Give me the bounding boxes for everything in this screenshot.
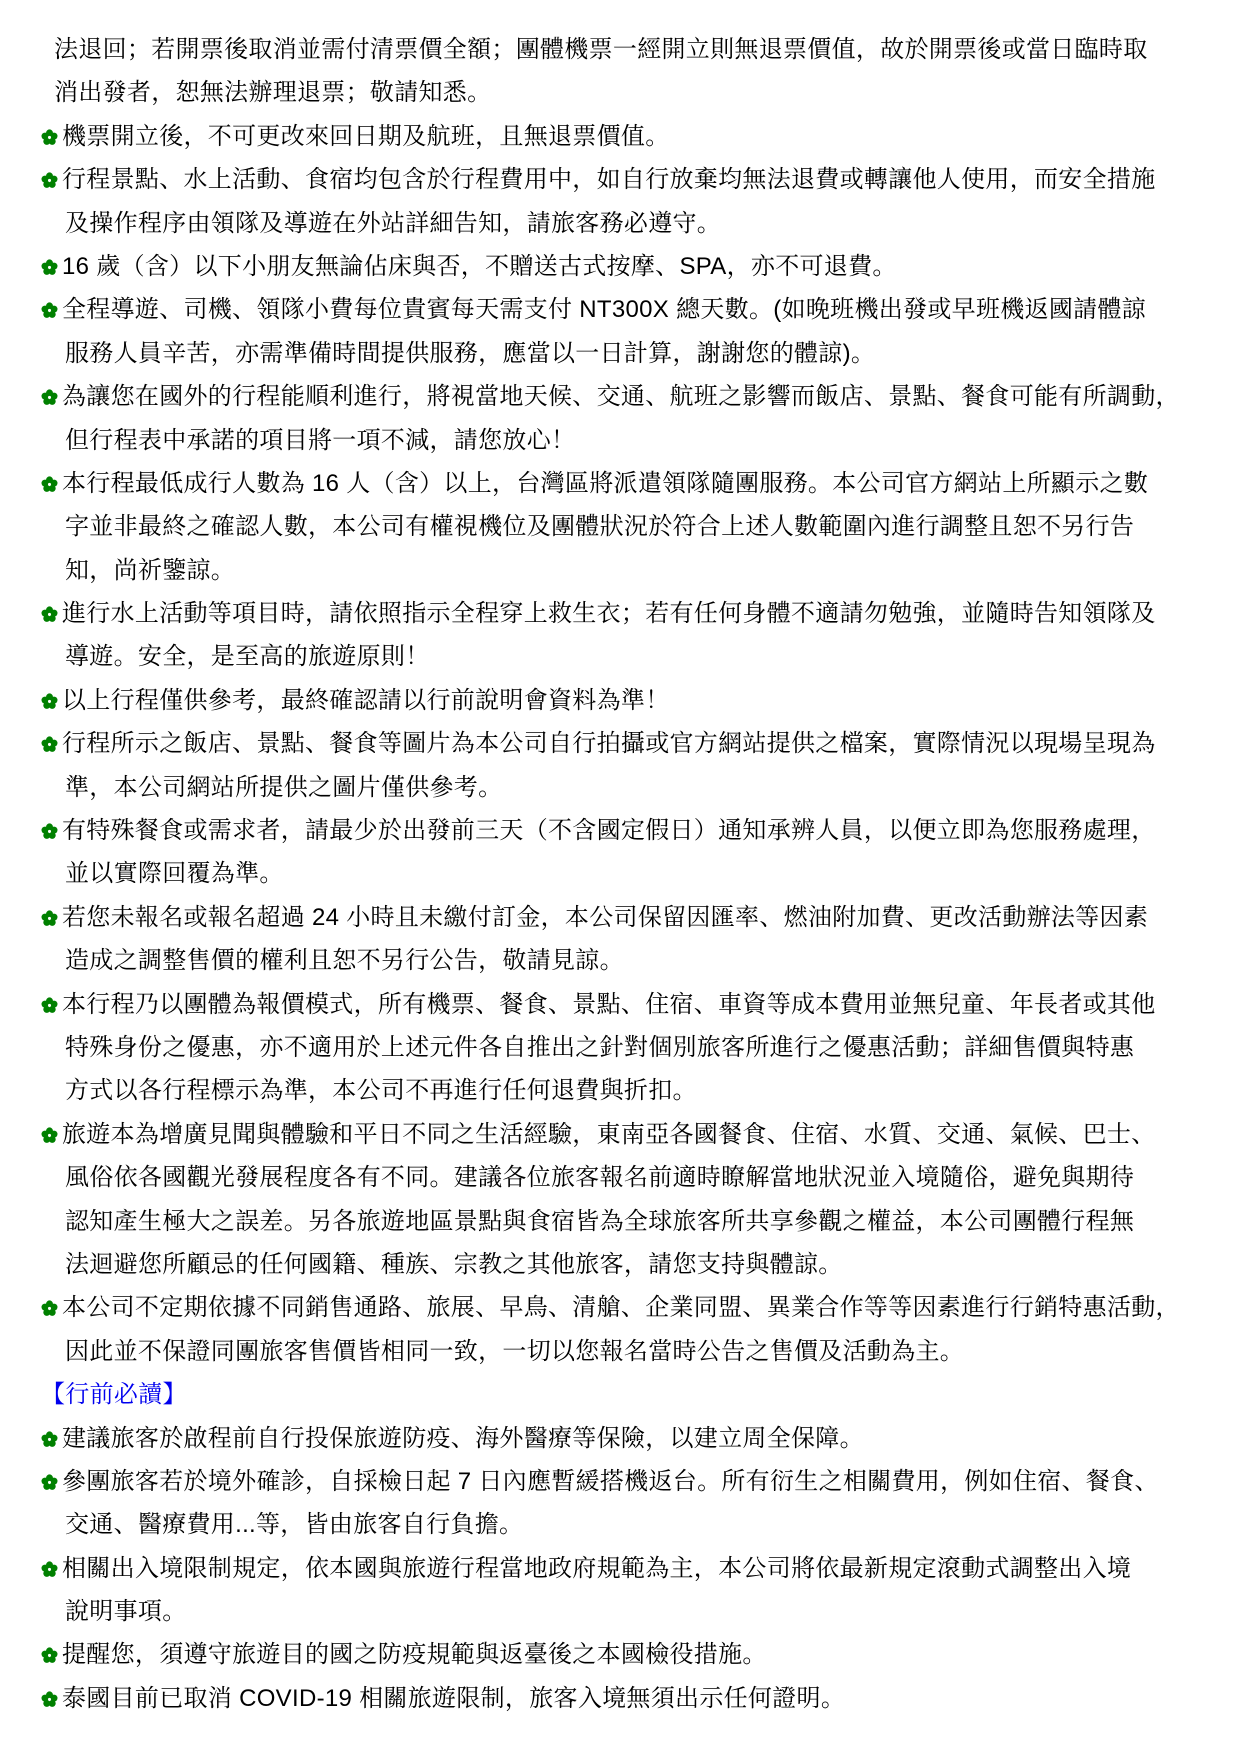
text-line: 相關出入境限制規定，依本國與旅遊行程當地政府規範為主，本公司將依最新規定滾動式調…: [0, 1547, 1241, 1590]
line-text: 及操作程序由領隊及導遊在外站詳細告知，請旅客務必遵守。: [65, 210, 721, 237]
heading-line: 【行前必讀】: [0, 1373, 1241, 1416]
line-text: 行程所示之飯店、景點、餐食等圖片為本公司自行拍攝或官方網站提供之檔案，實際情況以…: [62, 730, 1156, 757]
line-text: 建議旅客於啟程前自行投保旅遊防疫、海外醫療等保險，以建立周全保障。: [62, 1425, 864, 1452]
text-line: 準，本公司網站所提供之圖片僅供參考。: [0, 766, 1241, 809]
flower-bullet-icon: [41, 594, 62, 637]
line-text: 風俗依各國觀光發展程度各有不同。建議各位旅客報名前適時瞭解當地狀況並入境隨俗，避…: [65, 1164, 1134, 1191]
terms-bullet-item: 旅遊本為增廣見聞與體驗和平日不同之生活經驗，東南亞各國餐食、住宿、水質、交通、氣…: [0, 1113, 1241, 1287]
text-line: 交通、醫療費用...等，皆由旅客自行負擔。: [0, 1503, 1241, 1546]
flower-bullet-icon: [41, 1288, 62, 1331]
line-text: 造成之調整售價的權利且恕不另行公告，敬請見諒。: [65, 947, 624, 974]
text-line: 方式以各行程標示為準，本公司不再進行任何退費與折扣。: [0, 1069, 1241, 1112]
terms-bullet-item: 以上行程僅供參考，最終確認請以行前說明會資料為準！: [0, 679, 1241, 722]
line-text: 本行程乃以團體為報價模式，所有機票、餐食、景點、住宿、車資等成本費用並無兒童、年…: [62, 991, 1156, 1018]
text-line: 服務人員辛苦，亦需準備時間提供服務，應當以一日計算，謝謝您的體諒)。: [0, 332, 1241, 375]
flower-bullet-icon: [41, 247, 62, 290]
text-line: 以上行程僅供參考，最終確認請以行前說明會資料為準！: [0, 679, 1241, 722]
flower-bullet-icon: [41, 377, 62, 420]
text-line: 16 歲（含）以下小朋友無論佔床與否，不贈送古式按摩、SPA，亦不可退費。: [0, 245, 1241, 288]
travel-terms-document: 法退回；若開票後取消並需付清票價全額；團體機票一經開立則無退票價值，故於開票後或…: [0, 0, 1241, 1755]
line-text: 旅遊本為增廣見聞與體驗和平日不同之生活經驗，東南亞各國餐食、住宿、水質、交通、氣…: [62, 1121, 1156, 1148]
text-line: 字並非最終之確認人數，本公司有權視機位及團體狀況於符合上述人數範圍內進行調整且恕…: [0, 505, 1241, 548]
line-text: 但行程表中承諾的項目將一項不減，請您放心！: [65, 427, 575, 454]
text-line: 本行程最低成行人數為 16 人（含）以上，台灣區將派遣領隊隨團服務。本公司官方網…: [0, 462, 1241, 505]
line-text: 若您未報名或報名超過 24 小時且未繳付訂金，本公司保留因匯率、燃油附加費、更改…: [62, 904, 1148, 931]
text-line: 行程所示之飯店、景點、餐食等圖片為本公司自行拍攝或官方網站提供之檔案，實際情況以…: [0, 722, 1241, 765]
text-line: 法退回；若開票後取消並需付清票價全額；團體機票一經開立則無退票價值，故於開票後或…: [0, 28, 1241, 71]
line-text: 本公司不定期依據不同銷售通路、旅展、早鳥、清艙、企業同盟、異業合作等等因素進行行…: [62, 1294, 1180, 1321]
line-text: 機票開立後，不可更改來回日期及航班，且無退票價值。: [62, 123, 670, 150]
flower-bullet-icon: [41, 1549, 62, 1592]
line-text: 參團旅客若於境外確診，自採檢日起 7 日內應暫緩搭機返台。所有衍生之相關費用，例…: [62, 1468, 1159, 1495]
text-line: 有特殊餐食或需求者，請最少於出發前三天（不含國定假日）通知承辨人員，以便立即為您…: [0, 809, 1241, 852]
terms-bullet-item: 進行水上活動等項目時，請依照指示全程穿上救生衣；若有任何身體不適請勿勉強，並隨時…: [0, 592, 1241, 679]
line-text: 方式以各行程標示為準，本公司不再進行任何退費與折扣。: [65, 1077, 697, 1104]
text-line: 建議旅客於啟程前自行投保旅遊防疫、海外醫療等保險，以建立周全保障。: [0, 1417, 1241, 1460]
line-text: 交通、醫療費用...等，皆由旅客自行負擔。: [65, 1511, 523, 1538]
line-text: 說明事項。: [65, 1598, 187, 1625]
terms-bullet-item: 為讓您在國外的行程能順利進行，將視當地天候、交通、航班之影響而飯店、景點、餐食可…: [0, 375, 1241, 462]
flower-bullet-icon: [41, 1419, 62, 1462]
text-line: 法迴避您所顧忌的任何國籍、種族、宗教之其他旅客，請您支持與體諒。: [0, 1243, 1241, 1286]
line-text: 因此並不保證同團旅客售價皆相同一致，一切以您報名當時公告之售價及活動為主。: [65, 1338, 964, 1365]
terms-bullet-item: 若您未報名或報名超過 24 小時且未繳付訂金，本公司保留因匯率、燃油附加費、更改…: [0, 896, 1241, 983]
line-text: 字並非最終之確認人數，本公司有權視機位及團體狀況於符合上述人數範圍內進行調整且恕…: [65, 513, 1134, 540]
terms-bullet-item: 行程所示之飯店、景點、餐食等圖片為本公司自行拍攝或官方網站提供之檔案，實際情況以…: [0, 722, 1241, 809]
flower-bullet-icon: [41, 117, 62, 160]
text-line: 造成之調整售價的權利且恕不另行公告，敬請見諒。: [0, 939, 1241, 982]
text-line: 因此並不保證同團旅客售價皆相同一致，一切以您報名當時公告之售價及活動為主。: [0, 1330, 1241, 1373]
text-line: 泰國目前已取消 COVID-19 相關旅遊限制，旅客入境無須出示任何證明。: [0, 1677, 1241, 1720]
text-line: 消出發者，恕無法辦理退票；敬請知悉。: [0, 71, 1241, 114]
text-line: 若您未報名或報名超過 24 小時且未繳付訂金，本公司保留因匯率、燃油附加費、更改…: [0, 896, 1241, 939]
terms-bullet-item: 本行程最低成行人數為 16 人（含）以上，台灣區將派遣領隊隨團服務。本公司官方網…: [0, 462, 1241, 592]
text-line: 認知產生極大之誤差。另各旅遊地區景點與食宿皆為全球旅客所共享參觀之權益，本公司團…: [0, 1200, 1241, 1243]
terms-bullet-item: 泰國目前已取消 COVID-19 相關旅遊限制，旅客入境無須出示任何證明。: [0, 1677, 1241, 1720]
line-text: 消出發者，恕無法辦理退票；敬請知悉。: [54, 79, 491, 106]
flower-bullet-icon: [41, 1115, 62, 1158]
terms-bullet-item: 全程導遊、司機、領隊小費每位貴賓每天需支付 NT300X 總天數。(如晚班機出發…: [0, 288, 1241, 375]
text-line: 進行水上活動等項目時，請依照指示全程穿上救生衣；若有任何身體不適請勿勉強，並隨時…: [0, 592, 1241, 635]
terms-bullet-item: 建議旅客於啟程前自行投保旅遊防疫、海外醫療等保險，以建立周全保障。: [0, 1417, 1241, 1460]
text-line: 說明事項。: [0, 1590, 1241, 1633]
text-line: 機票開立後，不可更改來回日期及航班，且無退票價值。: [0, 115, 1241, 158]
text-line: 知，尚祈鑒諒。: [0, 549, 1241, 592]
line-text: 服務人員辛苦，亦需準備時間提供服務，應當以一日計算，謝謝您的體諒)。: [65, 340, 875, 367]
line-text: 並以實際回覆為準。: [65, 860, 284, 887]
text-line: 本公司不定期依據不同銷售通路、旅展、早鳥、清艙、企業同盟、異業合作等等因素進行行…: [0, 1286, 1241, 1329]
line-text: 準，本公司網站所提供之圖片僅供參考。: [65, 774, 502, 801]
flower-bullet-icon: [41, 985, 62, 1028]
flower-bullet-icon: [41, 1635, 62, 1678]
text-line: 為讓您在國外的行程能順利進行，將視當地天候、交通、航班之影響而飯店、景點、餐食可…: [0, 375, 1241, 418]
section-heading: 【行前必讀】: [0, 1373, 1241, 1416]
flower-bullet-icon: [41, 160, 62, 203]
text-line: 及操作程序由領隊及導遊在外站詳細告知，請旅客務必遵守。: [0, 202, 1241, 245]
line-text: 知，尚祈鑒諒。: [65, 557, 235, 584]
line-text: 導遊。安全，是至高的旅遊原則！: [65, 643, 430, 670]
line-text: 【行前必讀】: [41, 1381, 187, 1408]
text-line: 但行程表中承諾的項目將一項不減，請您放心！: [0, 419, 1241, 462]
terms-bullet-item: 行程景點、水上活動、食宿均包含於行程費用中，如自行放棄均無法退費或轉讓他人使用，…: [0, 158, 1241, 245]
line-text: 有特殊餐食或需求者，請最少於出發前三天（不含國定假日）通知承辨人員，以便立即為您…: [62, 817, 1156, 844]
line-text: 相關出入境限制規定，依本國與旅遊行程當地政府規範為主，本公司將依最新規定滾動式調…: [62, 1555, 1131, 1582]
line-text: 認知產生極大之誤差。另各旅遊地區景點與食宿皆為全球旅客所共享參觀之權益，本公司團…: [65, 1208, 1134, 1235]
terms-bullet-item: 16 歲（含）以下小朋友無論佔床與否，不贈送古式按摩、SPA，亦不可退費。: [0, 245, 1241, 288]
flower-bullet-icon: [41, 464, 62, 507]
text-line: 參團旅客若於境外確診，自採檢日起 7 日內應暫緩搭機返台。所有衍生之相關費用，例…: [0, 1460, 1241, 1503]
terms-bullet-item: 本公司不定期依據不同銷售通路、旅展、早鳥、清艙、企業同盟、異業合作等等因素進行行…: [0, 1286, 1241, 1373]
flower-bullet-icon: [41, 290, 62, 333]
terms-bullet-item: 有特殊餐食或需求者，請最少於出發前三天（不含國定假日）通知承辨人員，以便立即為您…: [0, 809, 1241, 896]
line-text: 進行水上活動等項目時，請依照指示全程穿上救生衣；若有任何身體不適請勿勉強，並隨時…: [62, 600, 1156, 627]
line-text: 泰國目前已取消 COVID-19 相關旅遊限制，旅客入境無須出示任何證明。: [62, 1685, 845, 1712]
flower-bullet-icon: [41, 724, 62, 767]
text-line: 風俗依各國觀光發展程度各有不同。建議各位旅客報名前適時瞭解當地狀況並入境隨俗，避…: [0, 1156, 1241, 1199]
terms-bullet-item: 參團旅客若於境外確診，自採檢日起 7 日內應暫緩搭機返台。所有衍生之相關費用，例…: [0, 1460, 1241, 1547]
text-line: 特殊身份之優惠，亦不適用於上述元件各自推出之針對個別旅客所進行之優惠活動；詳細售…: [0, 1026, 1241, 1069]
flower-bullet-icon: [41, 1679, 62, 1722]
text-line: 導遊。安全，是至高的旅遊原則！: [0, 635, 1241, 678]
text-line: 旅遊本為增廣見聞與體驗和平日不同之生活經驗，東南亞各國餐食、住宿、水質、交通、氣…: [0, 1113, 1241, 1156]
text-line: 行程景點、水上活動、食宿均包含於行程費用中，如自行放棄均無法退費或轉讓他人使用，…: [0, 158, 1241, 201]
flower-bullet-icon: [41, 681, 62, 724]
terms-bullet-item: 相關出入境限制規定，依本國與旅遊行程當地政府規範為主，本公司將依最新規定滾動式調…: [0, 1547, 1241, 1634]
line-text: 為讓您在國外的行程能順利進行，將視當地天候、交通、航班之影響而飯店、景點、餐食可…: [62, 383, 1180, 410]
line-text: 本行程最低成行人數為 16 人（含）以上，台灣區將派遣領隊隨團服務。本公司官方網…: [62, 470, 1148, 497]
line-text: 行程景點、水上活動、食宿均包含於行程費用中，如自行放棄均無法退費或轉讓他人使用，…: [62, 166, 1156, 193]
line-text: 法退回；若開票後取消並需付清票價全額；團體機票一經開立則無退票價值，故於開票後或…: [54, 36, 1148, 63]
line-text: 法迴避您所顧忌的任何國籍、種族、宗教之其他旅客，請您支持與體諒。: [65, 1251, 843, 1278]
line-text: 16 歲（含）以下小朋友無論佔床與否，不贈送古式按摩、SPA，亦不可退費。: [62, 253, 897, 280]
flower-bullet-icon: [41, 811, 62, 854]
text-line: 並以實際回覆為準。: [0, 852, 1241, 895]
text-line: 本行程乃以團體為報價模式，所有機票、餐食、景點、住宿、車資等成本費用並無兒童、年…: [0, 983, 1241, 1026]
line-text: 提醒您，須遵守旅遊目的國之防疫規範與返臺後之本國檢役措施。: [62, 1641, 767, 1668]
terms-paragraph: 法退回；若開票後取消並需付清票價全額；團體機票一經開立則無退票價值，故於開票後或…: [0, 28, 1241, 115]
line-text: 特殊身份之優惠，亦不適用於上述元件各自推出之針對個別旅客所進行之優惠活動；詳細售…: [65, 1034, 1134, 1061]
text-line: 提醒您，須遵守旅遊目的國之防疫規範與返臺後之本國檢役措施。: [0, 1633, 1241, 1676]
flower-bullet-icon: [41, 898, 62, 941]
terms-bullet-item: 提醒您，須遵守旅遊目的國之防疫規範與返臺後之本國檢役措施。: [0, 1633, 1241, 1676]
text-line: 全程導遊、司機、領隊小費每位貴賓每天需支付 NT300X 總天數。(如晚班機出發…: [0, 288, 1241, 331]
terms-bullet-item: 機票開立後，不可更改來回日期及航班，且無退票價值。: [0, 115, 1241, 158]
line-text: 全程導遊、司機、領隊小費每位貴賓每天需支付 NT300X 總天數。(如晚班機出發…: [62, 296, 1146, 323]
terms-bullet-item: 本行程乃以團體為報價模式，所有機票、餐食、景點、住宿、車資等成本費用並無兒童、年…: [0, 983, 1241, 1113]
flower-bullet-icon: [41, 1462, 62, 1505]
line-text: 以上行程僅供參考，最終確認請以行前說明會資料為準！: [62, 687, 670, 714]
